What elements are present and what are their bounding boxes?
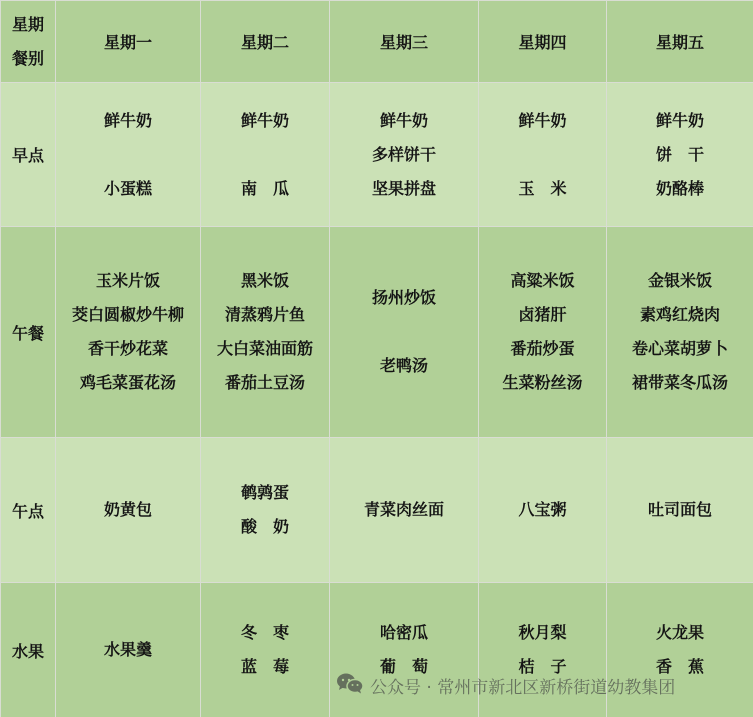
dish: 多样饼干: [330, 138, 478, 172]
day-header-tue: 星期二: [201, 1, 330, 83]
dish: 鸡毛菜蛋花汤: [56, 366, 200, 400]
dish: 蓝 莓: [201, 650, 329, 684]
dish: 水果羹: [56, 633, 200, 667]
dish: 南 瓜: [201, 172, 329, 206]
dish: 鲜牛奶: [607, 104, 753, 138]
dish: 金银米饭: [607, 264, 753, 298]
dish: 黑米饭: [201, 264, 329, 298]
dish: 火龙果: [607, 616, 753, 650]
menu-cell: 鲜牛奶 小蛋糕: [56, 83, 201, 227]
dish: 清蒸鸦片鱼: [201, 298, 329, 332]
menu-cell: 鹌鹑蛋 酸 奶: [201, 438, 330, 583]
menu-cell: 玉米片饭 茭白圆椒炒牛柳 香干炒花菜 鸡毛菜蛋花汤: [56, 227, 201, 438]
dish: 八宝粥: [479, 493, 606, 527]
menu-cell: 鲜牛奶 饼 干 奶酪棒: [607, 83, 753, 227]
menu-cell: 高粱米饭 卤猪肝 番茄炒蛋 生菜粉丝汤: [479, 227, 607, 438]
dish: 哈密瓜: [330, 616, 478, 650]
dish: 鲜牛奶: [56, 104, 200, 138]
dish: 番茄炒蛋: [479, 332, 606, 366]
day-header-thu: 星期四: [479, 1, 607, 83]
day-header-wed: 星期三: [330, 1, 479, 83]
meal-label: 午点: [1, 438, 56, 583]
menu-cell: 鲜牛奶 多样饼干 坚果拼盘: [330, 83, 479, 227]
weekly-menu-table: 星期 餐别 星期一 星期二 星期三 星期四 星期五 早点 鲜牛奶 小蛋糕 鲜牛奶…: [0, 0, 753, 717]
menu-cell: 奶黄包: [56, 438, 201, 583]
meal-label: 水果: [1, 583, 56, 717]
dish: 鲜牛奶: [479, 104, 606, 138]
corner-header: 星期 餐别: [1, 1, 56, 83]
spacer: [330, 315, 478, 349]
dish: 裙带菜冬瓜汤: [607, 366, 753, 400]
spacer: [479, 138, 606, 172]
menu-cell: 八宝粥: [479, 438, 607, 583]
dish: 玉米片饭: [56, 264, 200, 298]
menu-cell: 扬州炒饭 老鸭汤: [330, 227, 479, 438]
dish: 秋月梨: [479, 616, 606, 650]
dish: 茭白圆椒炒牛柳: [56, 298, 200, 332]
meal-label: 午餐: [1, 227, 56, 438]
table-row-breakfast-snack: 早点 鲜牛奶 小蛋糕 鲜牛奶 南 瓜 鲜牛奶 多样饼干 坚果拼盘 鲜牛奶 玉 米…: [1, 83, 753, 227]
dish: 番茄土豆汤: [201, 366, 329, 400]
dish: 奶酪棒: [607, 172, 753, 206]
dish: 坚果拼盘: [330, 172, 478, 206]
menu-cell: 水果羹: [56, 583, 201, 717]
dish: 鲜牛奶: [201, 104, 329, 138]
table-row-lunch: 午餐 玉米片饭 茭白圆椒炒牛柳 香干炒花菜 鸡毛菜蛋花汤 黑米饭 清蒸鸦片鱼 大…: [1, 227, 753, 438]
dish: 青菜肉丝面: [330, 493, 478, 527]
dish: 饼 干: [607, 138, 753, 172]
dish: 生菜粉丝汤: [479, 366, 606, 400]
dish: 扬州炒饭: [330, 281, 478, 315]
dish: 高粱米饭: [479, 264, 606, 298]
menu-cell: 吐司面包: [607, 438, 753, 583]
dish: 卷心菜胡萝卜: [607, 332, 753, 366]
day-header-fri: 星期五: [607, 1, 753, 83]
wechat-icon: [336, 672, 370, 699]
dish: 卤猪肝: [479, 298, 606, 332]
corner-label-meal: 餐别: [1, 42, 55, 76]
menu-cell: 青菜肉丝面: [330, 438, 479, 583]
watermark: 公众号 · 常州市新北区新桥街道幼教集团: [336, 672, 675, 699]
meal-label: 早点: [1, 83, 56, 227]
dish: 玉 米: [479, 172, 606, 206]
table-row-afternoon-snack: 午点 奶黄包 鹌鹑蛋 酸 奶 青菜肉丝面 八宝粥 吐司面包: [1, 438, 753, 583]
menu-cell: 鲜牛奶 玉 米: [479, 83, 607, 227]
menu-cell: 冬 枣 蓝 莓: [201, 583, 330, 717]
dish: 小蛋糕: [56, 172, 200, 206]
dish: 冬 枣: [201, 616, 329, 650]
watermark-text: 公众号 · 常州市新北区新桥街道幼教集团: [370, 673, 675, 698]
menu-cell: 鲜牛奶 南 瓜: [201, 83, 330, 227]
spacer: [56, 138, 200, 172]
corner-label-day: 星期: [1, 8, 55, 42]
dish: 香干炒花菜: [56, 332, 200, 366]
menu-cell: 金银米饭 素鸡红烧肉 卷心菜胡萝卜 裙带菜冬瓜汤: [607, 227, 753, 438]
menu-cell: 黑米饭 清蒸鸦片鱼 大白菜油面筋 番茄土豆汤: [201, 227, 330, 438]
dish: 鹌鹑蛋: [201, 476, 329, 510]
dish: 吐司面包: [607, 493, 753, 527]
dish: 大白菜油面筋: [201, 332, 329, 366]
dish: 鲜牛奶: [330, 104, 478, 138]
dish: 素鸡红烧肉: [607, 298, 753, 332]
header-row: 星期 餐别 星期一 星期二 星期三 星期四 星期五: [1, 1, 753, 83]
dish: 酸 奶: [201, 510, 329, 544]
dish: 老鸭汤: [330, 349, 478, 383]
dish: 奶黄包: [56, 493, 200, 527]
spacer: [201, 138, 329, 172]
day-header-mon: 星期一: [56, 1, 201, 83]
